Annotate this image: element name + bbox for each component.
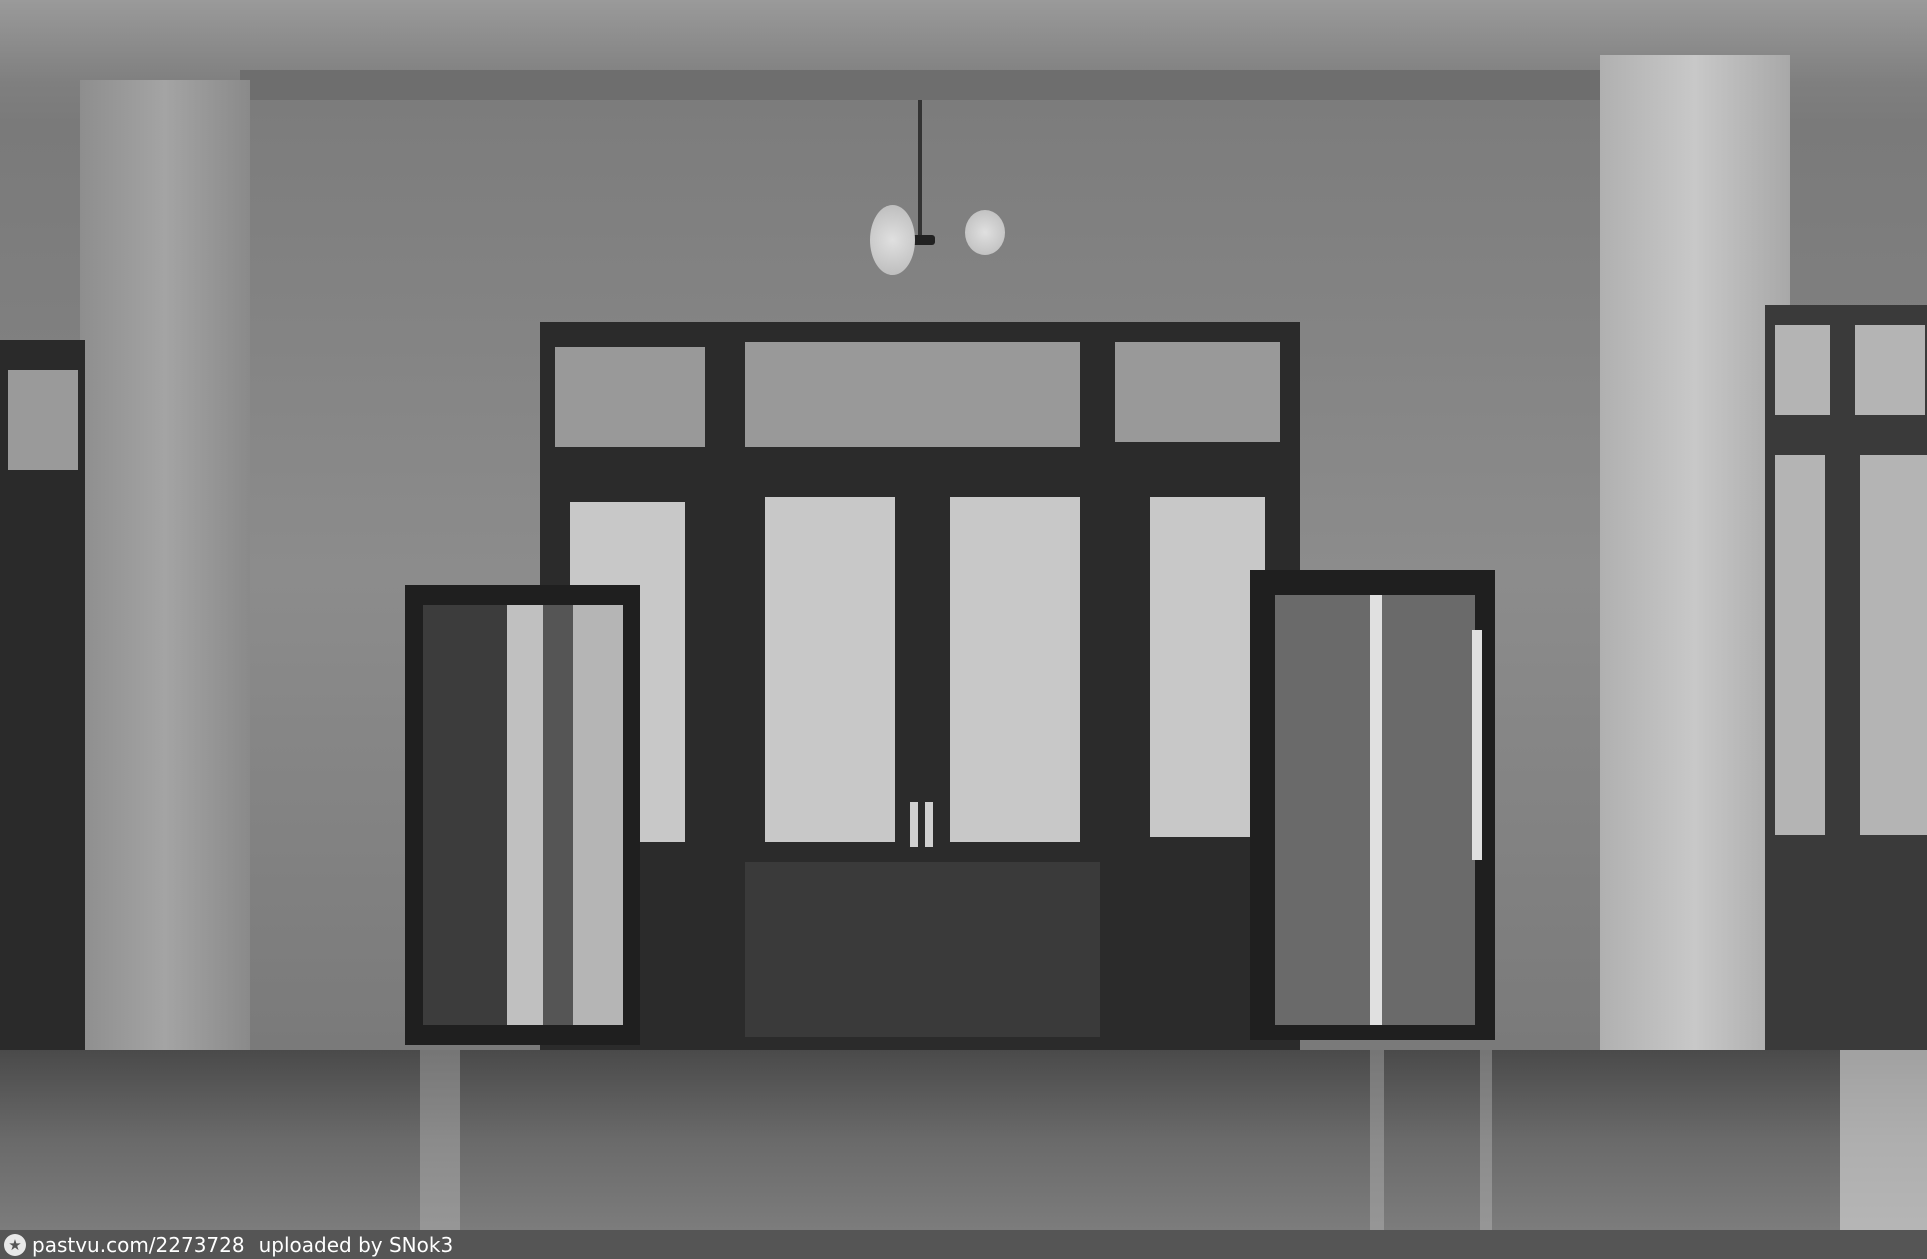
right-standing-mirror xyxy=(1250,570,1495,1040)
left-mirror-glass xyxy=(423,605,623,1025)
lamp-shade-right xyxy=(965,210,1005,255)
right-window-pane xyxy=(1855,325,1925,415)
floor-reflection xyxy=(420,1050,460,1230)
left-standing-mirror xyxy=(405,585,640,1045)
floor-reflection xyxy=(1840,1050,1927,1230)
pastvu-star-icon: ★ xyxy=(4,1234,26,1256)
right-window-pane xyxy=(1775,455,1825,835)
left-pillar xyxy=(80,80,250,1120)
right-window-pane xyxy=(1860,455,1927,835)
uploader-credit: uploaded by SNok3 xyxy=(259,1233,454,1257)
floor-reflection xyxy=(1480,1050,1492,1230)
door-glass-pane xyxy=(765,497,895,842)
right-pillar xyxy=(1600,55,1790,1095)
pastvu-link[interactable]: pastvu.com/2273728 xyxy=(32,1233,245,1257)
right-window-pane xyxy=(1775,325,1830,415)
left-side-door-glass xyxy=(8,370,78,470)
transom-window xyxy=(555,347,705,447)
door-glass-pane xyxy=(950,497,1080,842)
door-lower-panel xyxy=(745,862,1100,1037)
door-frame xyxy=(540,322,1300,1052)
polished-floor xyxy=(0,1050,1927,1230)
lamp-shade-left xyxy=(870,205,915,275)
left-side-doorway xyxy=(0,340,85,1130)
ceiling-beam xyxy=(240,70,1600,100)
floor-reflection xyxy=(1370,1050,1384,1230)
mirror-reflection-streak xyxy=(1370,595,1382,1025)
historical-photo xyxy=(0,0,1927,1230)
watermark-bar: ★ pastvu.com/2273728 uploaded by SNok3 xyxy=(0,1230,1927,1259)
door-handle xyxy=(925,802,933,847)
door-handle xyxy=(910,802,918,847)
mirror-reflection-streak xyxy=(1472,630,1482,860)
door-glass-pane xyxy=(1150,497,1265,837)
right-side-window xyxy=(1765,305,1927,1065)
transom-window xyxy=(1115,342,1280,442)
pendant-lamp-stem xyxy=(918,100,922,240)
transom-window xyxy=(745,342,1080,447)
